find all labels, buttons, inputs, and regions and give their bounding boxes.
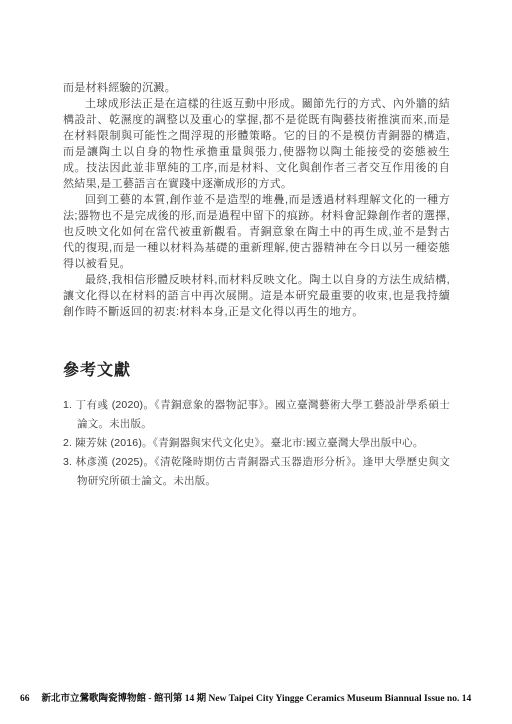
reference-item: 3. 林彥漢 (2025)。《清乾隆時期仿古青銅器式玉器造形分析》。逢甲大學歷史… xyxy=(63,453,450,491)
body-paragraph: 而是材料經驗的沉澱。 xyxy=(63,80,450,96)
page-content: 而是材料經驗的沉澱。 土球成形法正是在這樣的往返互動中形成。關節先行的方式、內外… xyxy=(63,80,450,491)
body-paragraph: 回到工藝的本質,創作並不是造型的堆疊,而是透過材料理解文化的一種方法;器物也不是… xyxy=(63,192,450,272)
body-paragraph: 土球成形法正是在這樣的往返互動中形成。關節先行的方式、內外牆的結構設計、乾濕度的… xyxy=(63,96,450,192)
body-paragraph: 最終,我相信形體反映材料,而材料反映文化。陶土以自身的方法生成結構,讓文化得以在… xyxy=(63,272,450,320)
reference-item: 1. 丁有彧 (2020)。《青銅意象的器物記事》。國立臺灣藝術大學工藝設計學系… xyxy=(63,396,450,434)
references-list: 1. 丁有彧 (2020)。《青銅意象的器物記事》。國立臺灣藝術大學工藝設計學系… xyxy=(63,396,450,491)
document-page: 而是材料經驗的沉澱。 土球成形法正是在這樣的往返互動中形成。關節先行的方式、內外… xyxy=(0,0,512,724)
journal-title: 新北市立鶯歌陶瓷博物館 - 館刊第 14 期 New Taipei City Y… xyxy=(42,690,472,704)
reference-item: 2. 陳芳妹 (2016)。《青銅器與宋代文化史》。臺北市:國立臺灣大學出版中心… xyxy=(63,434,450,453)
page-number: 66 xyxy=(20,694,30,704)
references-heading: 參考文獻 xyxy=(63,357,450,380)
page-footer: 66 新北市立鶯歌陶瓷博物館 - 館刊第 14 期 New Taipei Cit… xyxy=(20,690,500,704)
